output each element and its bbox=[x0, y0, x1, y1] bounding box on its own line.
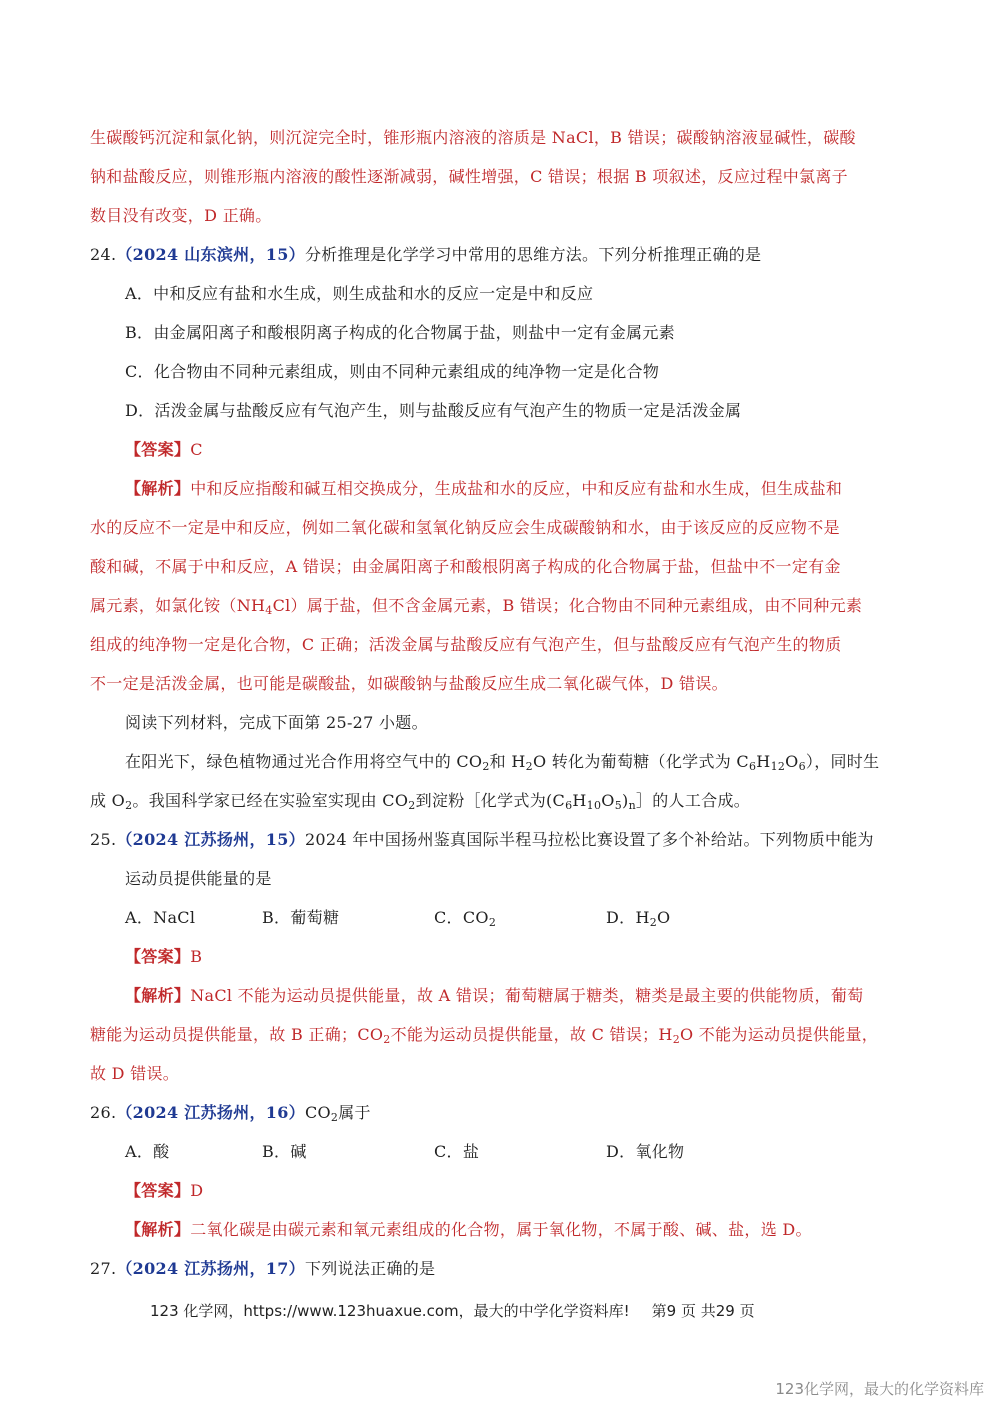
analysis-25: 【解析】NaCl 不能为运动员提供能量，故 A 错误；葡萄糖属于糖类，糖类是最主… bbox=[125, 986, 863, 1006]
answer-24: 【答案】C bbox=[125, 440, 203, 460]
option-d: D．活泼金属与盐酸反应有气泡产生，则与盐酸反应有气泡产生的物质一定是活泼金属 bbox=[125, 401, 741, 421]
analysis-line: 属元素，如氯化铵（NH4Cl）属于盐，但不含金属元素，B 错误；化合物由不同种元… bbox=[90, 596, 862, 616]
option-b: B．由金属阳离子和酸根阴离子构成的化合物属于盐，则盐中一定有金属元素 bbox=[125, 323, 675, 343]
footer-site-text: 123 化学网，https://www.123huaxue.com，最大的中学化… bbox=[150, 1302, 630, 1320]
analysis-line: 水的反应不一定是中和反应，例如二氧化碳和氢氧化钠反应会生成碳酸钠和水，由于该反应… bbox=[90, 518, 840, 538]
options-row: A．NaClB．葡萄糖C．CO2D．H2O bbox=[125, 908, 670, 928]
answer-value: C bbox=[190, 440, 203, 459]
question-source: （2024 山东滨州，15） bbox=[116, 245, 305, 264]
analysis-line: 酸和碱，不属于中和反应，A 错误；由金属阳离子和酸根阴离子构成的化合物属于盐，但… bbox=[90, 557, 841, 577]
material-intro: 阅读下列材料，完成下面第 25-27 小题。 bbox=[125, 713, 428, 733]
question-number: 25. bbox=[90, 830, 116, 849]
prev-analysis-line: 钠和盐酸反应，则锥形瓶内溶液的酸性逐渐减弱，碱性增强，C 错误；根据 B 项叙述… bbox=[90, 167, 848, 187]
question-24-stem: 24.（2024 山东滨州，15）分析推理是化学学习中常用的思维方法。下列分析推… bbox=[90, 245, 761, 265]
answer-25: 【答案】B bbox=[125, 947, 202, 967]
question-26-stem: 26.（2024 江苏扬州，16）CO2属于 bbox=[90, 1103, 371, 1123]
option-b: B．葡萄糖 bbox=[262, 908, 434, 928]
option-a: A．NaCl bbox=[125, 908, 262, 928]
page-number: 第9 页 共29 页 bbox=[652, 1302, 755, 1320]
material-paragraph-cont: 成 O2。我国科学家已经在实验室实现由 CO2到淀粉［化学式为(C6H10O5)… bbox=[90, 791, 750, 811]
option-d: D．H2O bbox=[606, 908, 670, 928]
option-d: D．氧化物 bbox=[606, 1142, 684, 1162]
watermark: 123化学网，最大的化学资料库 bbox=[775, 1378, 984, 1399]
answer-26: 【答案】D bbox=[125, 1181, 203, 1201]
analysis-line: 故 D 错误。 bbox=[90, 1064, 179, 1084]
analysis-line: 不一定是活泼金属，也可能是碳酸盐，如碳酸钠与盐酸反应生成二氧化碳气体，D 错误。 bbox=[90, 674, 728, 694]
option-c: C．化合物由不同种元素组成，则由不同种元素组成的纯净物一定是化合物 bbox=[125, 362, 659, 382]
option-a: A．酸 bbox=[125, 1142, 262, 1162]
document-page: 生碳酸钙沉淀和氯化钠，则沉淀完全时，锥形瓶内溶液的溶质是 NaCl，B 错误；碳… bbox=[0, 0, 992, 1403]
analysis-24: 【解析】中和反应指酸和碱互相交换成分，生成盐和水的反应，中和反应有盐和水生成，但… bbox=[125, 479, 842, 499]
option-c: C．盐 bbox=[434, 1142, 606, 1162]
answer-tag: 【答案】 bbox=[125, 440, 190, 459]
analysis-line: 糖能为运动员提供能量，故 B 正确；CO2不能为运动员提供能量，故 C 错误；H… bbox=[90, 1025, 878, 1045]
question-25-stem: 25.（2024 江苏扬州，15）2024 年中国扬州鉴真国际半程马拉松比赛设置… bbox=[90, 830, 874, 850]
question-25-stem-cont: 运动员提供能量的是 bbox=[125, 869, 272, 889]
option-b: B．碱 bbox=[262, 1142, 434, 1162]
options-row: A．酸B．碱C．盐D．氧化物 bbox=[125, 1142, 684, 1162]
analysis-line: 组成的纯净物一定是化合物，C 正确；活泼金属与盐酸反应有气泡产生，但与盐酸反应有… bbox=[90, 635, 841, 655]
question-text: 分析推理是化学学习中常用的思维方法。下列分析推理正确的是 bbox=[305, 245, 761, 264]
option-a: A．中和反应有盐和水生成，则生成盐和水的反应一定是中和反应 bbox=[125, 284, 593, 304]
question-number: 24. bbox=[90, 245, 116, 264]
prev-analysis-line: 生碳酸钙沉淀和氯化钠，则沉淀完全时，锥形瓶内溶液的溶质是 NaCl，B 错误；碳… bbox=[90, 128, 856, 148]
option-c: C．CO2 bbox=[434, 908, 606, 928]
page-footer: 123 化学网，https://www.123huaxue.com，最大的中学化… bbox=[150, 1300, 755, 1321]
question-27-stem: 27.（2024 江苏扬州，17）下列说法正确的是 bbox=[90, 1259, 435, 1279]
question-source: （2024 江苏扬州，15） bbox=[116, 830, 305, 849]
prev-analysis-line: 数目没有改变，D 正确。 bbox=[90, 206, 272, 226]
analysis-tag: 【解析】 bbox=[125, 479, 190, 498]
material-paragraph: 在阳光下，绿色植物通过光合作用将空气中的 CO2和 H2O 转化为葡萄糖（化学式… bbox=[125, 752, 879, 772]
analysis-26: 【解析】二氧化碳是由碳元素和氧元素组成的化合物，属于氧化物，不属于酸、碱、盐，选… bbox=[125, 1220, 812, 1240]
